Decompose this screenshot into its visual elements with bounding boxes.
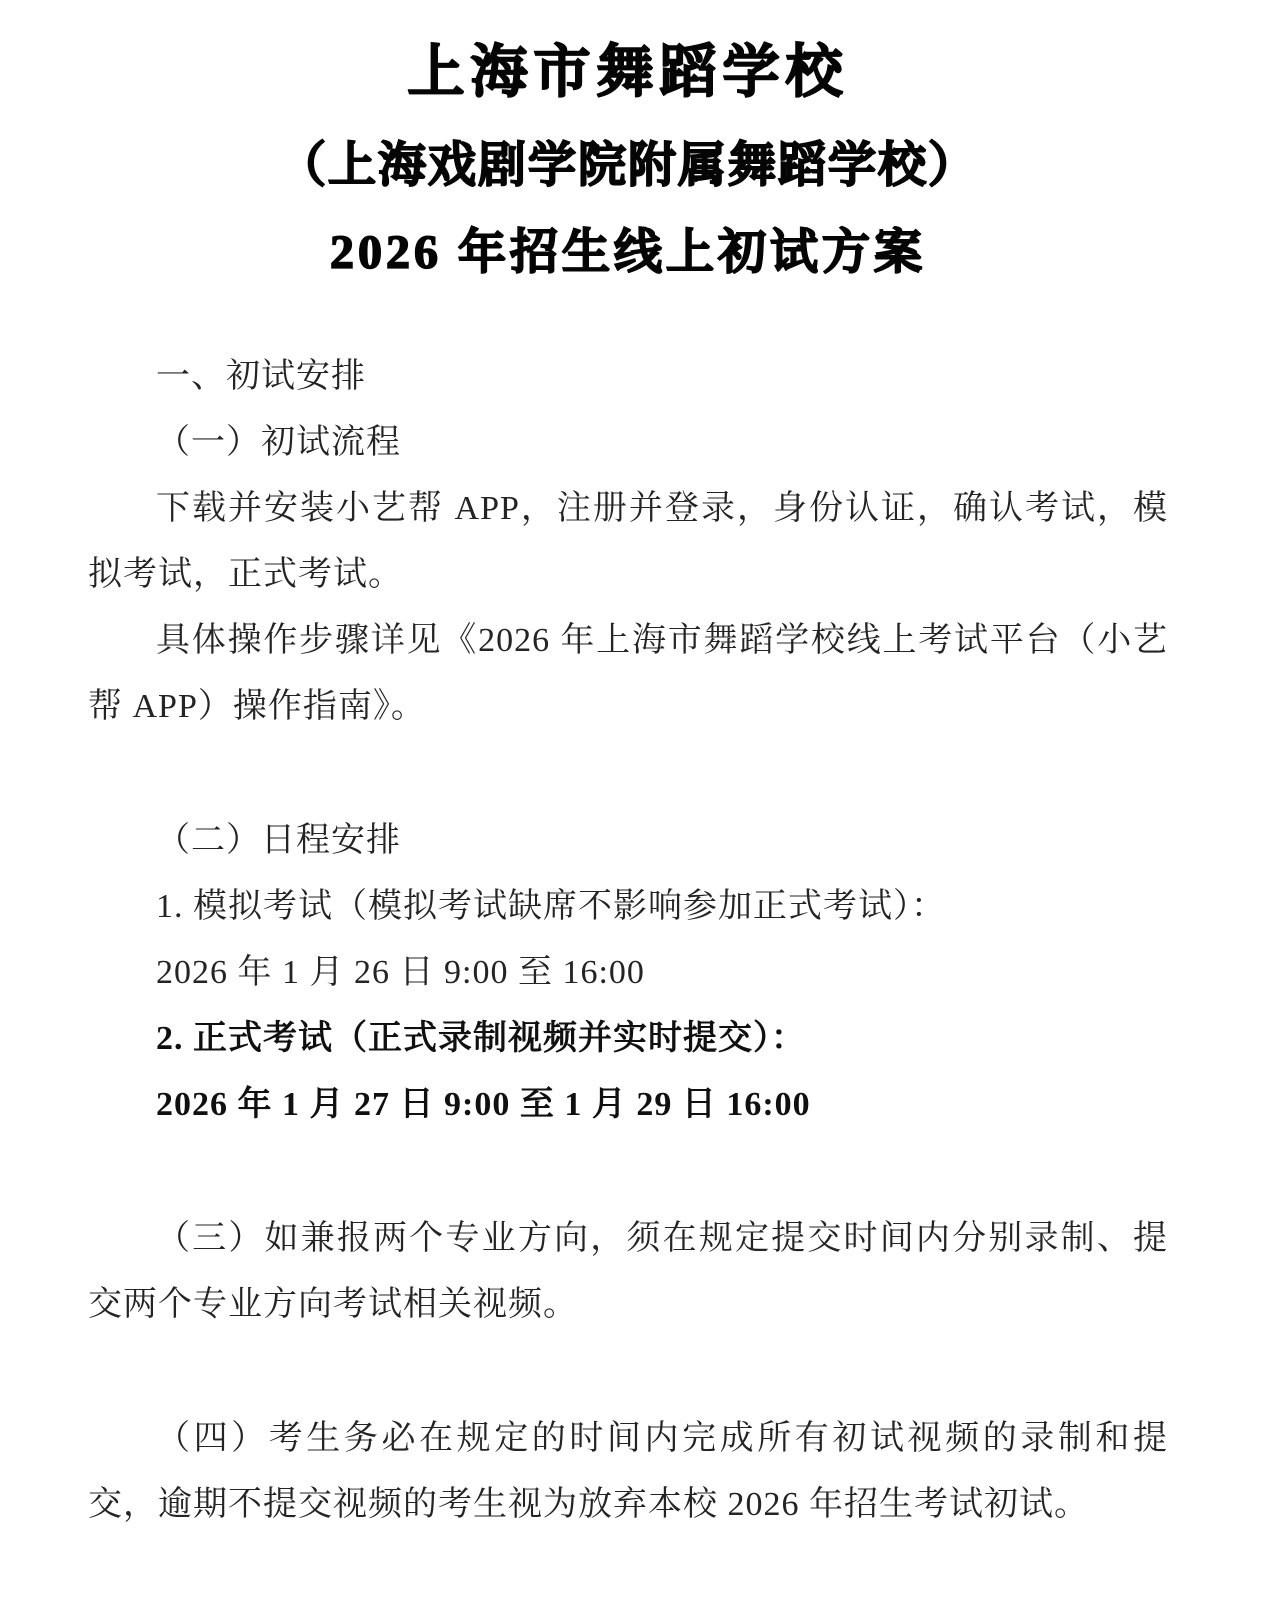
para-app-process-steps: 下载并安装小艺帮 APP，注册并登录，身份认证，确认考试，模拟考试，正式考试。 <box>88 476 1168 608</box>
para-formal-exam-time: 2026 年 1 月 27 日 9:00 至 1 月 29 日 16:00 <box>88 1072 1168 1138</box>
document-body: 一、初试安排 （一）初试流程 下载并安装小艺帮 APP，注册并登录，身份认证，确… <box>88 344 1168 1538</box>
doc-title-plan-name: 2026 年招生线上初试方案 <box>88 225 1168 280</box>
para-mock-exam-time: 2026 年 1 月 26 日 9:00 至 16:00 <box>88 940 1168 1006</box>
doc-title-affiliation: （上海戏剧学院附属舞蹈学校） <box>88 138 1168 193</box>
para-mock-exam: 1. 模拟考试（模拟考试缺席不影响参加正式考试）： <box>88 874 1168 940</box>
document-page: 上海市舞蹈学校 （上海戏剧学院附属舞蹈学校） 2026 年招生线上初试方案 一、… <box>0 0 1280 1618</box>
subheading-schedule: （二）日程安排 <box>88 808 1168 874</box>
para-deadline-notice: （四）考生务必在规定的时间内完成所有初试视频的录制和提交，逾期不提交视频的考生视… <box>88 1406 1168 1538</box>
heading-section-one-preliminary-arrangement: 一、初试安排 <box>88 344 1168 410</box>
doc-title-school-name: 上海市舞蹈学校 <box>88 40 1168 106</box>
para-dual-major-requirement: （三）如兼报两个专业方向，须在规定提交时间内分别录制、提交两个专业方向考试相关视… <box>88 1206 1168 1338</box>
subheading-preliminary-process: （一）初试流程 <box>88 410 1168 476</box>
para-operation-guide-reference: 具体操作步骤详见《2026 年上海市舞蹈学校线上考试平台（小艺帮 APP）操作指… <box>88 608 1168 740</box>
para-formal-exam: 2. 正式考试（正式录制视频并实时提交）： <box>88 1006 1168 1072</box>
